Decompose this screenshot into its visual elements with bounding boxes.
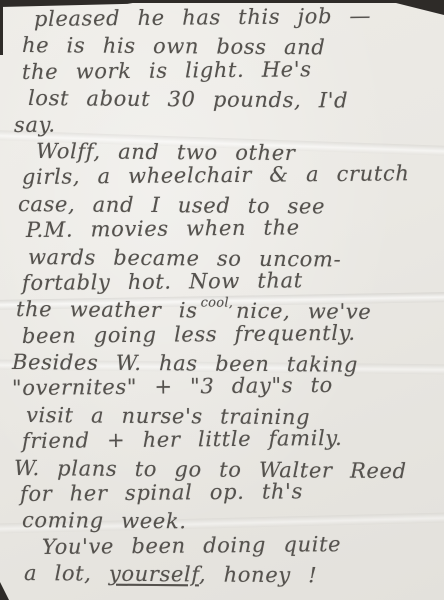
letter-paper: pleased he has this job — he is his own … [0,0,444,600]
handwritten-line: the work is light. He's [22,56,444,86]
handwritten-line: You've been doing quite [42,531,444,561]
handwritten-line: "overnites" + "3 day"s to [12,372,444,403]
line-text-before: the weather is [16,297,198,322]
line-text-after: , honey ! [199,563,317,588]
handwritten-line: pleased he has this job — [34,3,444,33]
handwritten-line: for her spinal op. th's [20,478,444,508]
underlined-word: yourself [109,562,199,587]
paper-edge-shadow [0,0,3,55]
letter-body: pleased he has this job — he is his own … [0,7,444,588]
handwritten-line: girls, a wheelchair & a crutch [22,161,444,191]
line-text-before: a lot, [24,561,109,586]
handwritten-line: been going less frequently. [22,320,444,350]
handwritten-line: say. [14,108,444,139]
handwritten-line: P.M. movies when the [26,214,444,244]
handwritten-line: fortably hot. Now that [22,267,444,297]
handwritten-line: friend + her little family. [22,425,444,455]
inserted-word-above-line: cool, [201,296,234,311]
handwritten-line: a lot, yourself, honey ! [24,561,444,591]
